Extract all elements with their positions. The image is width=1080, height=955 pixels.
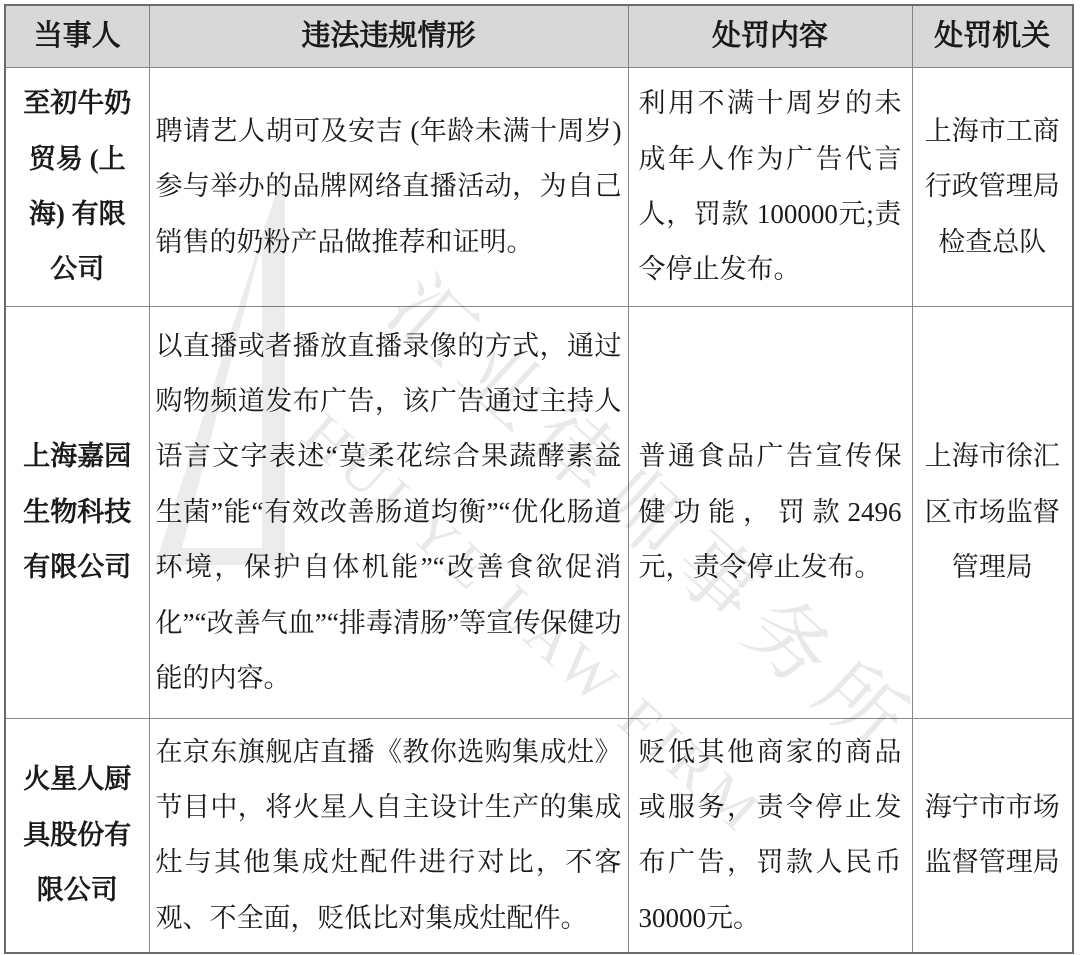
table-header: 当事人 违法违规情形 处罚内容 处罚机关 (5, 5, 1073, 68)
cell-penalty: 利用不满十周岁的未成年人作为广告代言人，罚款 100000元;责令停止发布。 (628, 68, 912, 307)
table-row: 上海嘉园生物科技有限公司 以直播或者播放直播录像的方式，通过购物频道发布广告，该… (5, 307, 1073, 719)
cell-penalty: 普通食品广告宣传保健功能，罚款2496元，责令停止发布。 (628, 307, 912, 719)
header-row: 当事人 违法违规情形 处罚内容 处罚机关 (5, 5, 1073, 68)
cell-violation: 以直播或者播放直播录像的方式，通过购物频道发布广告，该广告通过主持人语言文字表述… (149, 307, 628, 719)
cell-violation: 聘请艺人胡可及安吉 (年龄未满十周岁) 参与举办的品牌网络直播活动，为自己销售的… (149, 68, 628, 307)
cell-penalty: 贬低其他商家的商品或服务，责令停止发布广告，罚款人民币30000元。 (628, 719, 912, 953)
penalty-table: 当事人 违法违规情形 处罚内容 处罚机关 至初牛奶贸易 (上海) 有限公司 聘请… (4, 4, 1074, 954)
cell-violation: 在京东旗舰店直播《教你选购集成灶》节目中，将火星人自主设计生产的集成灶与其他集成… (149, 719, 628, 953)
header-cell-penalty: 处罚内容 (628, 5, 912, 68)
penalty-table-page: 当事人 违法违规情形 处罚内容 处罚机关 至初牛奶贸易 (上海) 有限公司 聘请… (4, 4, 1072, 954)
cell-authority: 上海市徐汇区市场监督管理局 (912, 307, 1073, 719)
cell-authority: 海宁市市场监督管理局 (912, 719, 1073, 953)
table-row: 火星人厨具股份有限公司 在京东旗舰店直播《教你选购集成灶》节目中，将火星人自主设… (5, 719, 1073, 953)
table-body: 至初牛奶贸易 (上海) 有限公司 聘请艺人胡可及安吉 (年龄未满十周岁) 参与举… (5, 68, 1073, 953)
header-cell-party: 当事人 (5, 5, 149, 68)
cell-party: 至初牛奶贸易 (上海) 有限公司 (5, 68, 149, 307)
cell-party: 上海嘉园生物科技有限公司 (5, 307, 149, 719)
table-row: 至初牛奶贸易 (上海) 有限公司 聘请艺人胡可及安吉 (年龄未满十周岁) 参与举… (5, 68, 1073, 307)
header-cell-authority: 处罚机关 (912, 5, 1073, 68)
header-cell-violation: 违法违规情形 (149, 5, 628, 68)
cell-authority: 上海市工商行政管理局检查总队 (912, 68, 1073, 307)
cell-party: 火星人厨具股份有限公司 (5, 719, 149, 953)
